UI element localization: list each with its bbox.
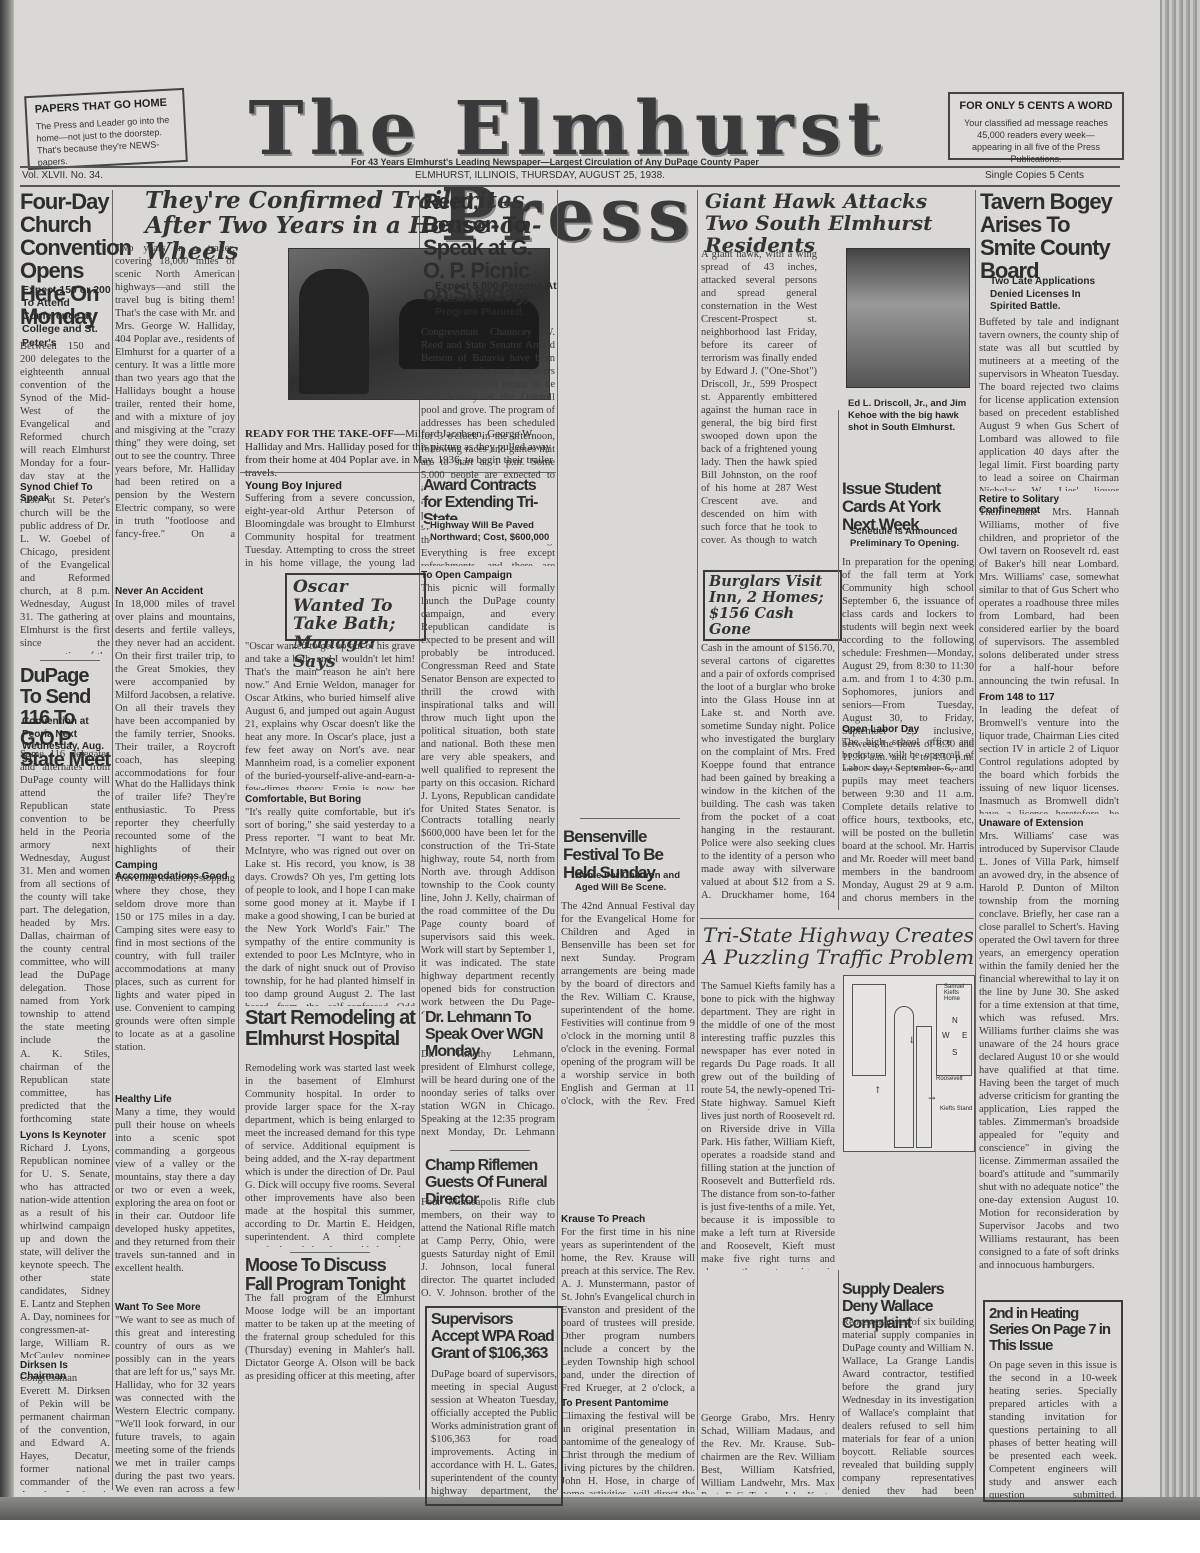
divider xyxy=(580,818,680,819)
moose-headline: Moose To Discuss Fall Program Tonight xyxy=(245,1256,415,1294)
dupage-body-4: Congressman Everett M. Dirksen of Pekin … xyxy=(20,1372,110,1492)
hawk-headline: Giant Hawk Attacks Two South Elmhurst Re… xyxy=(705,190,975,256)
left-ear-title: Papers That Go Home xyxy=(35,96,175,115)
bensenville-subhead-krause: Krause To Preach xyxy=(561,1214,695,1225)
trailer-shape xyxy=(299,269,369,394)
dupage-body: Some 116 delegates and alternates from D… xyxy=(20,748,110,1048)
map-ramp xyxy=(894,1006,914,1148)
hospital-headline: Start Remodeling at Elmhurst Hospital xyxy=(245,1008,415,1050)
column-rule xyxy=(838,1270,839,1490)
column-rule xyxy=(838,410,839,910)
tavern-deck: Two Late Applications Denied Licenses In… xyxy=(990,276,1120,314)
column-rule xyxy=(697,190,698,1490)
compass-s: S xyxy=(952,1048,957,1057)
york-subhead: Open Labor Day xyxy=(842,724,974,735)
boy-body: Suffering from a severe concussion, eigh… xyxy=(245,492,415,572)
dupage-body-3: Richard J. Lyons, Republican nominee for… xyxy=(20,1142,110,1358)
trailer-body-2: In 18,000 miles of travel over plains an… xyxy=(115,598,235,778)
map-road-label: Roosevelt xyxy=(936,1076,963,1082)
arrow-down-icon: ↓ xyxy=(908,1036,916,1046)
compass-n: N xyxy=(952,1016,958,1025)
heating-body: On page seven in this issue is the secon… xyxy=(989,1359,1117,1499)
price: Single Copies 5 Cents xyxy=(985,170,1084,181)
church-body-2: Also at St. Peter's church will be the p… xyxy=(20,494,110,654)
page-binding xyxy=(0,0,14,1520)
tavern-body-3: In leading the defeat of Bromwell's vent… xyxy=(979,704,1119,814)
burglars-headline-box: Burglars Visit Inn, 2 Homes; $156 Cash G… xyxy=(703,570,842,641)
gop-body-2: This picnic will formally launch the DuP… xyxy=(421,582,555,812)
boy-headline: Young Boy Injured xyxy=(245,480,415,492)
trailer-body: Two years in a trailer, covering 18,000 … xyxy=(115,242,235,542)
right-ear-text: Your classified ad message reaches 45,00… xyxy=(958,117,1114,165)
tavern-subhead-count: From 148 to 117 xyxy=(979,692,1119,703)
compass-e: E xyxy=(962,1031,967,1040)
lehmann-body: Dr. Timothy Lehmann, president of Elmhur… xyxy=(421,1048,555,1138)
tavern-subhead-unaware: Unaware of Extension xyxy=(979,818,1119,829)
oscar-body: "Oscar wanted to get up out of his grave… xyxy=(245,640,415,790)
column-rule xyxy=(557,190,558,1490)
award-body: Contracts totalling nearly $600,000 have… xyxy=(421,814,555,1014)
traffic-diagram: Samuel Kiefts Home N W E S Roosevelt Kie… xyxy=(843,975,975,1152)
dupage-subhead-lyons: Lyons Is Keynoter xyxy=(20,1130,110,1141)
trailer-subhead-healthy: Healthy Life xyxy=(115,1094,235,1105)
tristate-body: The Samuel Kiefts family has a bone to p… xyxy=(701,980,835,1270)
tavern-headline: Tavern Bogey Arises To Smite County Boar… xyxy=(980,190,1120,282)
heating-headline: 2nd in Heating Series On Page 7 in This … xyxy=(989,1306,1117,1353)
newspaper-page: Papers That Go Home The Press and Leader… xyxy=(0,0,1200,1520)
map-stand-label: Kiefts Stand xyxy=(940,1106,972,1112)
map-highway xyxy=(916,1026,932,1148)
hawk-body: A giant hawk, with a wing spread of 43 i… xyxy=(701,248,817,548)
wpa-body: DuPage board of supervisors, meeting in … xyxy=(431,1368,557,1498)
moose-body: The fall program of the Elmhurst Moose l… xyxy=(245,1292,415,1382)
wpa-box: Supervisors Accept WPA Road Grant of $10… xyxy=(425,1306,563,1506)
oscar-subhead: Comfortable, But Boring xyxy=(245,794,415,805)
burglars-body: Cash in the amount of $156.70, several c… xyxy=(701,642,835,902)
york-body-2: The high school office and bookstore wil… xyxy=(842,736,974,906)
trailer-body-5: Many a time, they would pull their house… xyxy=(115,1106,235,1296)
heating-box: 2nd in Heating Series On Page 7 in This … xyxy=(983,1300,1123,1502)
volume-number: Vol. XLVII. No. 34. xyxy=(22,170,103,181)
church-body: Between 150 and 200 delegates to the eig… xyxy=(20,340,110,480)
left-ear-text: The Press and Leader go into the home—no… xyxy=(35,113,177,168)
trailer-subhead-accident: Never An Accident xyxy=(115,586,235,597)
award-deck: Highway Will Be Paved Northward; Cost, $… xyxy=(430,520,557,544)
compass-w: W xyxy=(942,1031,950,1040)
tavern-body-4: Mrs. Williams' case was introduced by Su… xyxy=(979,830,1119,1280)
map-road xyxy=(852,984,886,1076)
committee-names: George Grabo, Mrs. Henry Schad, William … xyxy=(701,1412,835,1494)
bensenville-body: The 42nd Annual Festival day for the Eva… xyxy=(561,900,695,1110)
trailer-subhead-more: Want To See More xyxy=(115,1302,235,1313)
divider xyxy=(40,660,100,661)
divider xyxy=(290,1252,370,1253)
arrow-up-icon: ↑ xyxy=(874,1086,882,1096)
gop-deck: Expect 5,000 Persons At Oaknoll Event: B… xyxy=(435,280,557,319)
left-ear-box: Papers That Go Home The Press and Leader… xyxy=(24,88,188,170)
hawk-photo xyxy=(846,248,970,388)
trailer-body-6: "We want to see as much of this great an… xyxy=(115,1314,235,1494)
tavern-body: Buffeted by tale and indignant tavern ow… xyxy=(979,316,1119,491)
wpa-headline: Supervisors Accept WPA Road Grant of $10… xyxy=(431,1312,557,1362)
caption-lead: READY FOR THE TAKE-OFF— xyxy=(245,428,405,440)
divider xyxy=(700,918,974,919)
column-rule xyxy=(112,190,113,1490)
arrow-right-icon: → xyxy=(928,1094,936,1104)
oscar-headline-box: Oscar Wanted To Take Bath; Manager Says xyxy=(285,573,426,641)
riflemen-body: Four Minneapolis Rifle club members, on … xyxy=(421,1196,555,1296)
gop-subhead: To Open Campaign xyxy=(421,570,555,581)
york-deck: Schedule Is Announced Preliminary To Ope… xyxy=(850,526,974,550)
right-ear-box: For Only 5 Cents A Word Your classified … xyxy=(948,92,1124,160)
column-rule xyxy=(238,270,239,1490)
oscar-body-2: "It's really quite comfortable, but it's… xyxy=(245,806,415,1006)
dupage-body-2: A. K. Stiles, chairman of the Republican… xyxy=(20,1048,110,1128)
masthead-rule-top xyxy=(20,166,1120,168)
page-edge xyxy=(1160,0,1200,1520)
supply-body: Representatives of six building material… xyxy=(842,1316,974,1494)
burglars-headline: Burglars Visit Inn, 2 Homes; $156 Cash G… xyxy=(709,574,836,638)
dateline: ELMHURST, ILLINOIS, THURSDAY, AUGUST 25,… xyxy=(360,170,720,181)
tristate-headline: Tri-State Highway Creates A Puzzling Tra… xyxy=(703,924,975,968)
bensenville-subhead-pantomime: To Present Pantomime xyxy=(561,1398,695,1409)
trailer-body-3: What do the Hallidays think of trailer l… xyxy=(115,778,235,858)
map-home-label: Samuel Kiefts Home xyxy=(944,984,974,1002)
tavern-body-2: Then came Mrs. Hannah Williams, mother o… xyxy=(979,506,1119,686)
bensenville-body-2: For the first time in his nine years as … xyxy=(561,1226,695,1396)
bensenville-body-3: Climaxing the festival will be an origin… xyxy=(561,1410,695,1494)
hospital-body: Remodeling work was started last week in… xyxy=(245,1062,415,1247)
right-ear-title: For Only 5 Cents A Word xyxy=(958,100,1114,112)
trailer-body-4: Traveling leisurely, stopping where they… xyxy=(115,872,235,1052)
hawk-photo-caption: Ed L. Driscoll, Jr., and Jim Kehoe with … xyxy=(848,398,970,434)
divider xyxy=(450,1150,530,1151)
column-rule xyxy=(975,190,976,1490)
bensenville-deck: Home For Children and Aged Will Be Scene… xyxy=(575,870,693,894)
